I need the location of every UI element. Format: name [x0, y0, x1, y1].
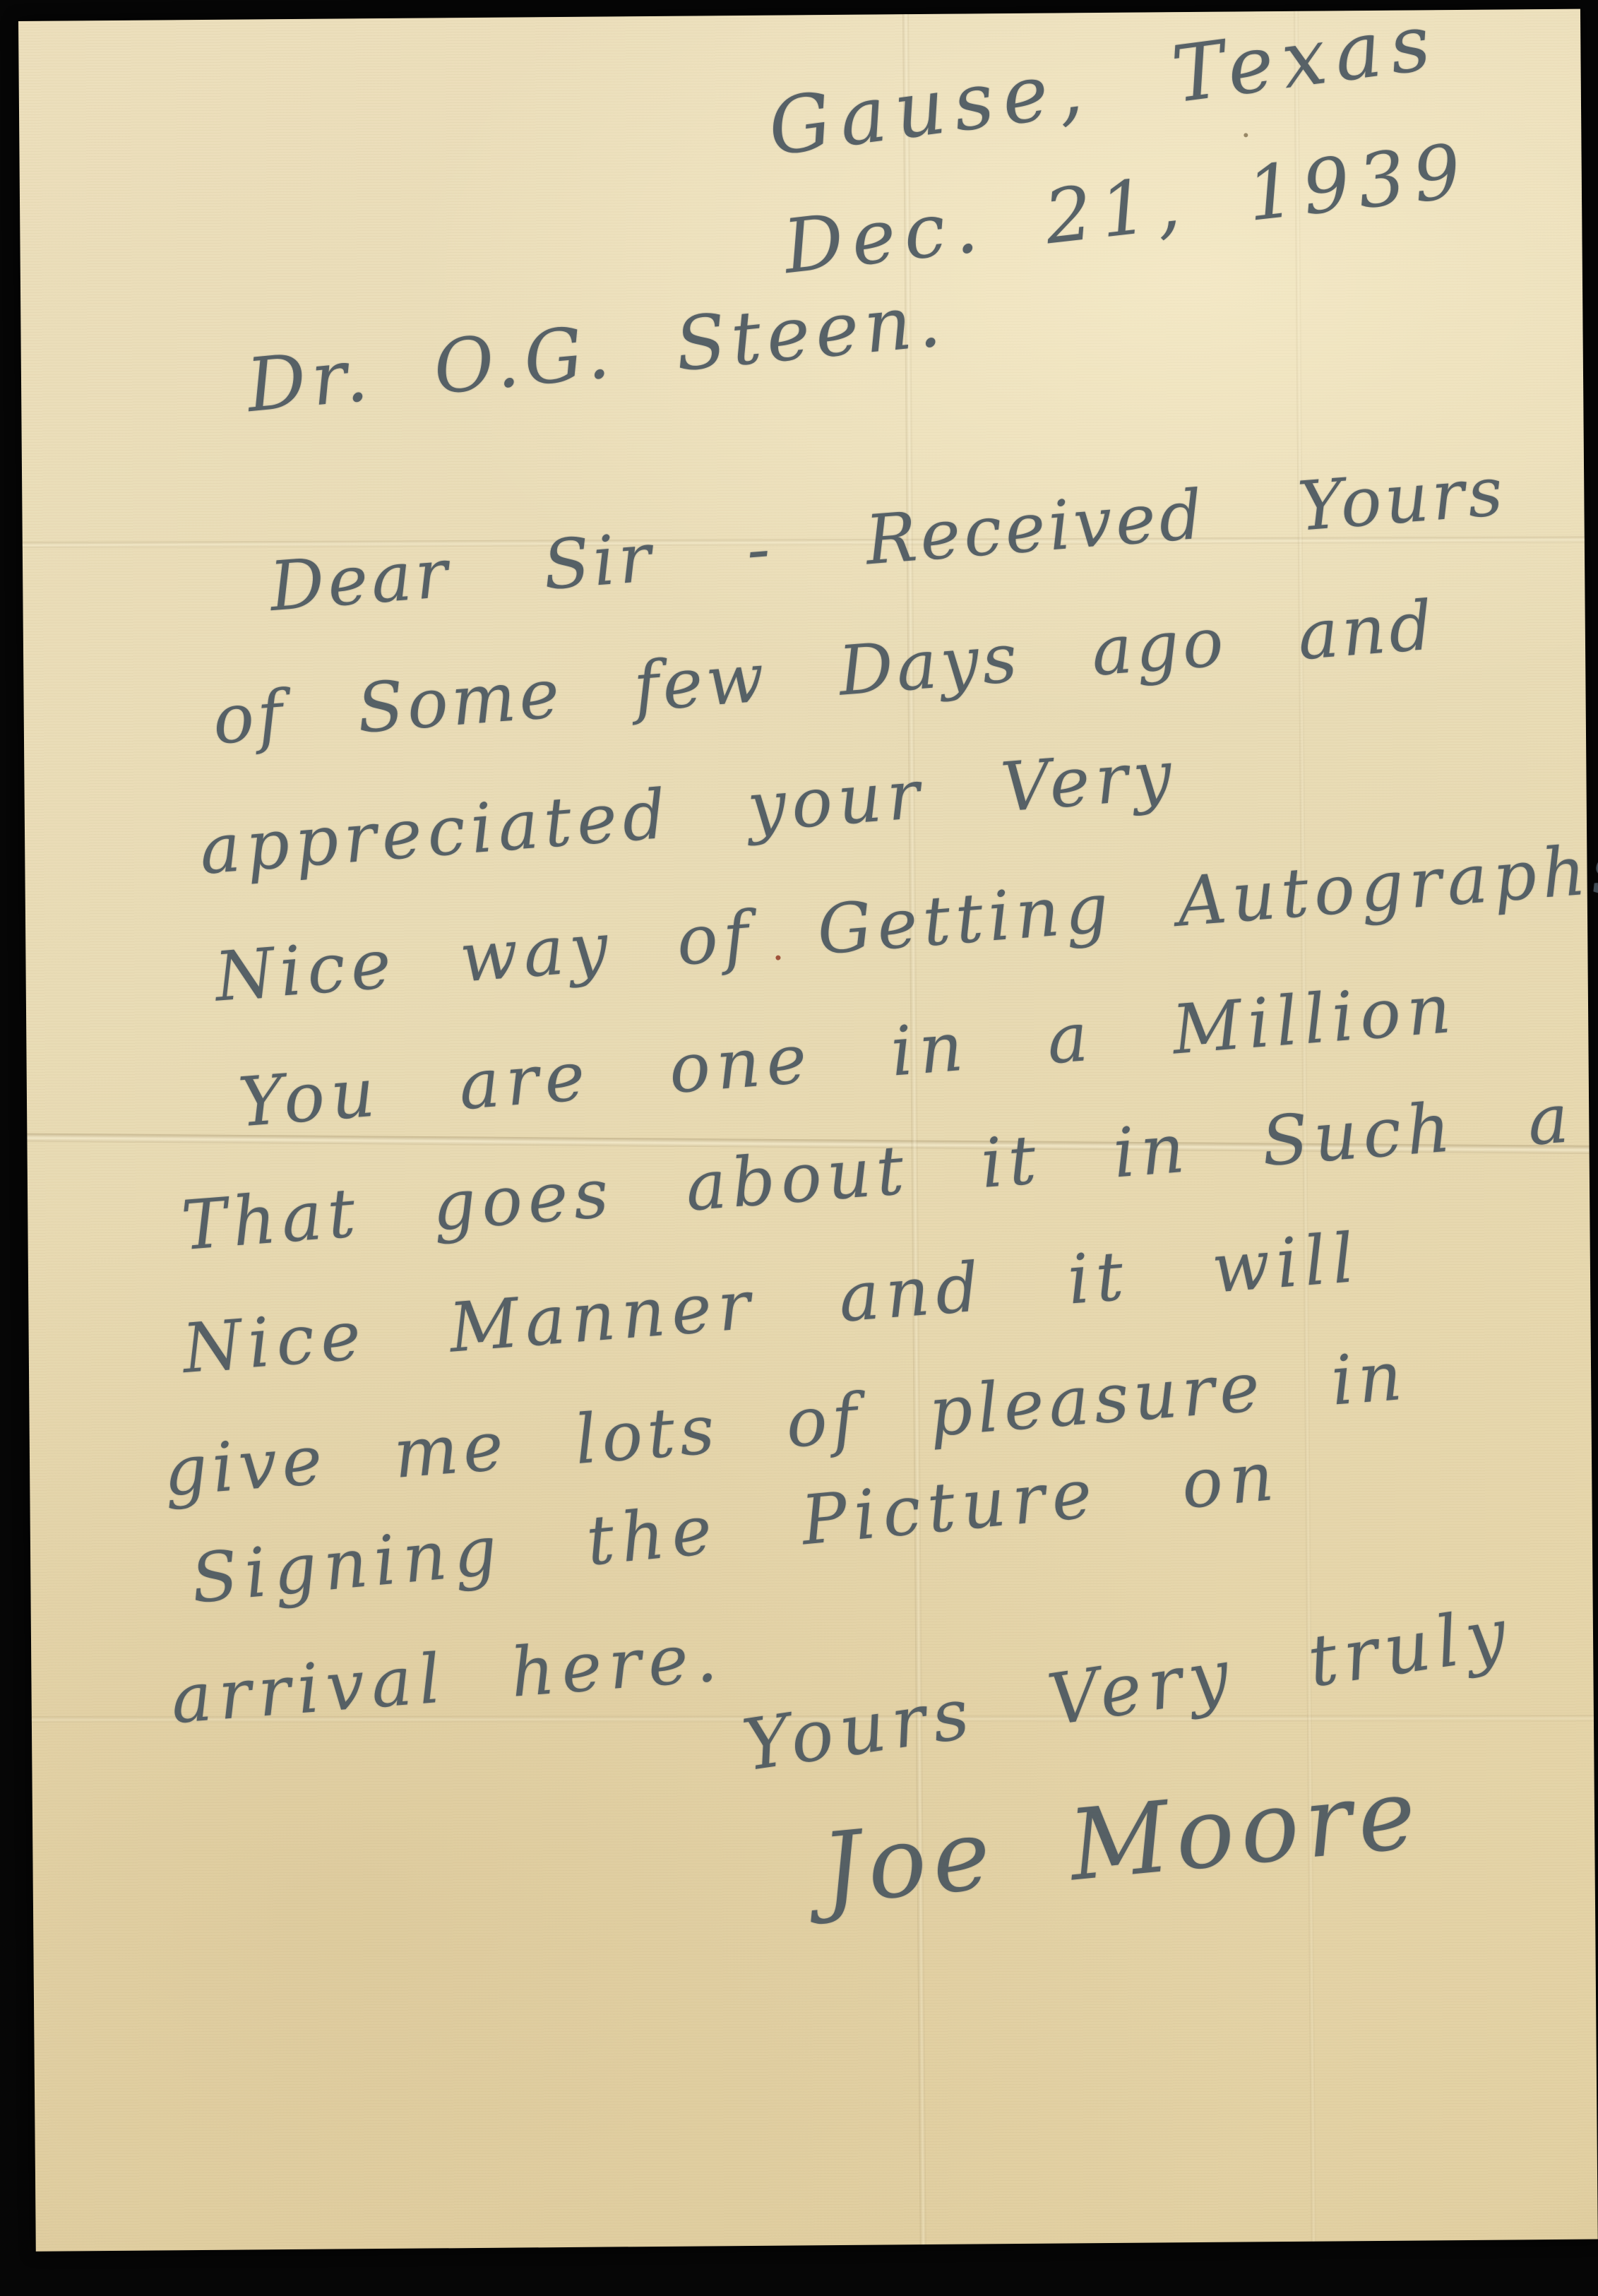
scan-background: Gause, Texas Dec. 21, 1939 Dr. O.G. Stee… — [0, 0, 1598, 2296]
letter-recipient: Dr. O.G. Steen. — [243, 276, 950, 429]
letter-signature: Joe Moore — [817, 1756, 1426, 1927]
letter-paper: Gause, Texas Dec. 21, 1939 Dr. O.G. Stee… — [18, 9, 1598, 2252]
paper-speck — [1244, 133, 1248, 137]
letter-body-line-3: appreciated your Very — [197, 735, 1180, 890]
letter-body-line-10: arrival here. — [168, 1617, 727, 1739]
